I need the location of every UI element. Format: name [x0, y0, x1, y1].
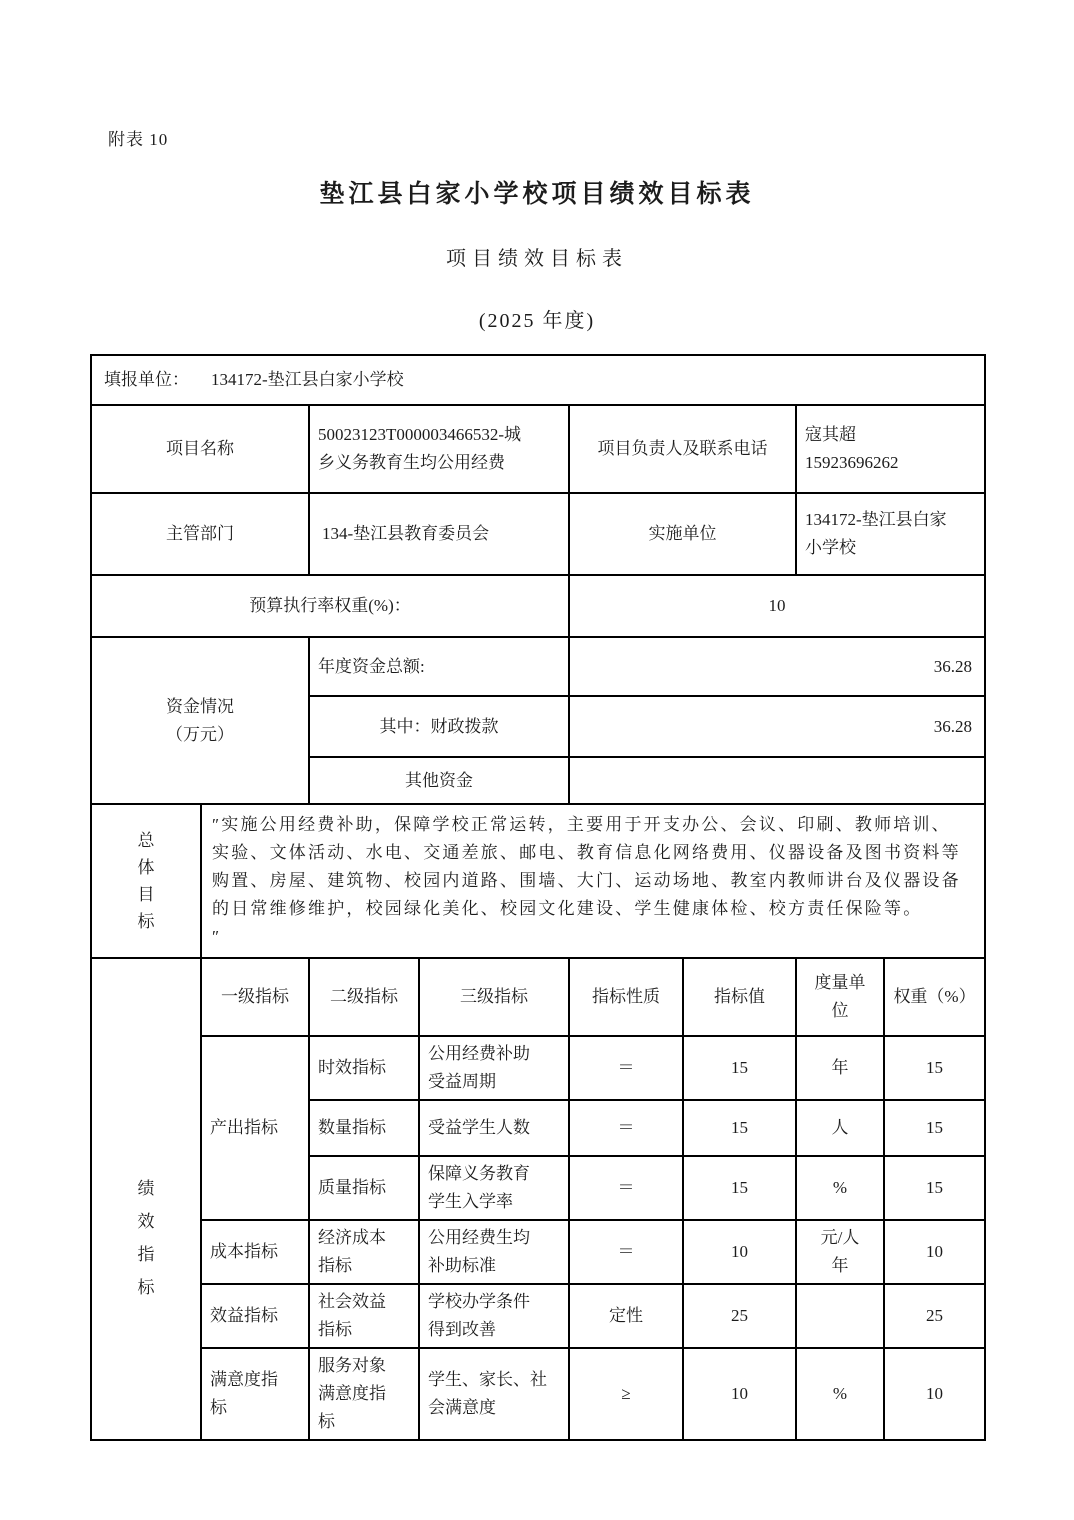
indicator-weight: 15	[884, 1156, 985, 1220]
indicator-level3: 学生、家长、社 会满意度	[419, 1348, 569, 1440]
indicator-nature: ＝	[569, 1036, 683, 1100]
indicator-unit: 元/人 年	[796, 1220, 884, 1284]
reporting-unit-row: 填报单位：134172-垫江县白家小学校	[91, 355, 985, 405]
header-level2: 二级指标	[309, 958, 419, 1036]
performance-target-table: 填报单位：134172-垫江县白家小学校 项目名称 50023123T00000…	[90, 354, 986, 1441]
indicator-unit: 人	[796, 1100, 884, 1156]
indicator-weight: 15	[884, 1100, 985, 1156]
performance-indicator-section-cell: 绩效指标	[91, 958, 201, 1440]
indicator-weight: 15	[884, 1036, 985, 1100]
indicator-level3: 公用经费生均 补助标准	[419, 1220, 569, 1284]
indicator-header-row: 绩效指标 一级指标 二级指标 三级指标 指标性质 指标值 度量单 位 权重（%）	[91, 958, 985, 1036]
department-label: 主管部门	[91, 493, 309, 575]
funds-other-label: 其他资金	[309, 757, 569, 804]
funds-fiscal-label: 其中：财政拨款	[309, 696, 569, 757]
page-title: 垫江县白家小学校项目绩效目标表	[0, 174, 1074, 210]
reporting-unit-value: 134172-垫江县白家小学校	[211, 370, 404, 389]
header-nature: 指标性质	[569, 958, 683, 1036]
indicator-value: 25	[683, 1284, 796, 1348]
indicator-level2: 社会效益 指标	[309, 1284, 419, 1348]
indicator-level1: 产出指标	[201, 1036, 309, 1220]
indicator-weight: 10	[884, 1348, 985, 1440]
indicator-unit: 年	[796, 1036, 884, 1100]
implementing-unit-label: 实施单位	[569, 493, 796, 575]
overall-goal-section-label: 总体目标	[137, 827, 156, 935]
project-name-value: 50023123T000003466532-城 乡义务教育生均公用经费	[309, 405, 569, 493]
header-level3: 三级指标	[419, 958, 569, 1036]
indicator-unit: %	[796, 1156, 884, 1220]
indicator-value: 15	[683, 1156, 796, 1220]
department-value: 134-垫江县教育委员会	[309, 493, 569, 575]
project-manager-label: 项目负责人及联系电话	[569, 405, 796, 493]
indicator-level3: 公用经费补助 受益周期	[419, 1036, 569, 1100]
indicator-level2: 质量指标	[309, 1156, 419, 1220]
budget-rate-value: 10	[569, 575, 985, 637]
indicator-level1: 满意度指 标	[201, 1348, 309, 1440]
funds-fiscal-value: 36.28	[569, 696, 985, 757]
indicator-value: 10	[683, 1348, 796, 1440]
indicator-value: 10	[683, 1220, 796, 1284]
budget-rate-label: 预算执行率权重(%)：	[91, 575, 569, 637]
project-name-row: 项目名称 50023123T000003466532-城 乡义务教育生均公用经费…	[91, 405, 985, 493]
indicator-nature: 定性	[569, 1284, 683, 1348]
indicator-level2: 数量指标	[309, 1100, 419, 1156]
funds-other-value	[569, 757, 985, 804]
indicator-level3: 受益学生人数	[419, 1100, 569, 1156]
indicator-level2: 时效指标	[309, 1036, 419, 1100]
overall-goal-row: 总体目标 ″实施公用经费补助，保障学校正常运转，主要用于开支办公、会议、印刷、教…	[91, 804, 985, 958]
indicator-value: 15	[683, 1100, 796, 1156]
page-subtitle: 项目绩效目标表	[0, 242, 1074, 271]
funds-section-label: 资金情况 （万元）	[91, 637, 309, 804]
indicator-nature: ＝	[569, 1100, 683, 1156]
document-page: 附表 10 垫江县白家小学校项目绩效目标表 项目绩效目标表 (2025 年度) …	[0, 0, 1074, 1520]
indicator-nature: ＝	[569, 1156, 683, 1220]
reporting-unit-cell: 填报单位：134172-垫江县白家小学校	[91, 355, 985, 405]
header-value: 指标值	[683, 958, 796, 1036]
year-line: (2025 年度)	[0, 304, 1074, 333]
overall-goal-text: ″实施公用经费补助，保障学校正常运转，主要用于开支办公、会议、印刷、教师培训、 …	[201, 804, 985, 958]
indicator-nature: ＝	[569, 1220, 683, 1284]
indicator-level3: 学校办学条件 得到改善	[419, 1284, 569, 1348]
header-unit: 度量单 位	[796, 958, 884, 1036]
indicator-row: 满意度指 标 服务对象 满意度指 标 学生、家长、社 会满意度 ≥ 10 % 1…	[91, 1348, 985, 1440]
header-weight: 权重（%）	[884, 958, 985, 1036]
indicator-row: 成本指标 经济成本 指标 公用经费生均 补助标准 ＝ 10 元/人 年 10	[91, 1220, 985, 1284]
project-manager-value: 寇其超 15923696262	[796, 405, 985, 493]
overall-goal-section-cell: 总体目标	[91, 804, 201, 958]
indicator-level1: 效益指标	[201, 1284, 309, 1348]
performance-indicator-section-label: 绩效指标	[137, 1172, 156, 1304]
indicator-weight: 10	[884, 1220, 985, 1284]
indicator-level2: 经济成本 指标	[309, 1220, 419, 1284]
annex-label: 附表 10	[108, 0, 1074, 150]
funds-total-label: 年度资金总额:	[309, 637, 569, 696]
indicator-unit	[796, 1284, 884, 1348]
project-name-label: 项目名称	[91, 405, 309, 493]
funds-total-value: 36.28	[569, 637, 985, 696]
indicator-level3: 保障义务教育 学生入学率	[419, 1156, 569, 1220]
indicator-value: 15	[683, 1036, 796, 1100]
budget-rate-row: 预算执行率权重(%)： 10	[91, 575, 985, 637]
reporting-unit-label: 填报单位：	[104, 370, 189, 389]
indicator-row: 产出指标 时效指标 公用经费补助 受益周期 ＝ 15 年 15	[91, 1036, 985, 1100]
indicator-weight: 25	[884, 1284, 985, 1348]
department-row: 主管部门 134-垫江县教育委员会 实施单位 134172-垫江县白家 小学校	[91, 493, 985, 575]
indicator-unit: %	[796, 1348, 884, 1440]
funds-total-row: 资金情况 （万元） 年度资金总额: 36.28	[91, 637, 985, 696]
implementing-unit-value: 134172-垫江县白家 小学校	[796, 493, 985, 575]
indicator-row: 效益指标 社会效益 指标 学校办学条件 得到改善 定性 25 25	[91, 1284, 985, 1348]
indicator-level2: 服务对象 满意度指 标	[309, 1348, 419, 1440]
indicator-nature: ≥	[569, 1348, 683, 1440]
header-level1: 一级指标	[201, 958, 309, 1036]
indicator-level1: 成本指标	[201, 1220, 309, 1284]
